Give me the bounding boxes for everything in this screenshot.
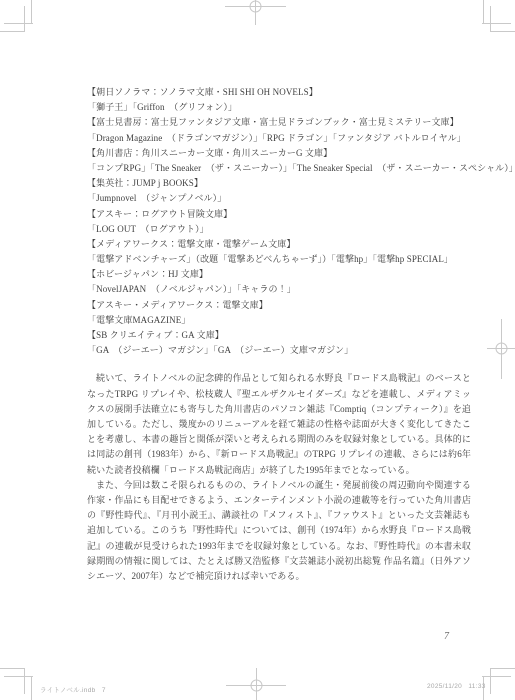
register-mark-top-center-circle-icon <box>250 1 261 12</box>
register-mark-right-center-icon <box>487 319 515 379</box>
text-block: 【朝日ソノラマ：ソノラマ文庫・SHI SHI OH NOVELS】 「獅子王」「… <box>87 85 471 584</box>
page-number: 7 <box>444 631 449 642</box>
imprint-line: 【アスキー・メディアワークス：電撃文庫】 <box>87 298 471 313</box>
footer-filename: ライトノベル.indb 7 <box>40 685 106 694</box>
imprint-line: 「LOG OUT （ログアウト）」 <box>87 222 471 237</box>
register-mark-right-center-circle-icon <box>496 343 507 354</box>
imprint-line: 【ホビージャパン：HJ 文庫】 <box>87 267 471 282</box>
imprint-line: 「Dragon Magazine （ドラゴンマガジン）」「RPG ドラゴン」「フ… <box>87 131 471 146</box>
imprint-line: 【集英社：JUMP j BOOKS】 <box>87 176 471 191</box>
body-paragraph: また、今回は数こそ限られるものの、ライトノベルの誕生・発展前後の周辺動向や関連す… <box>87 478 471 584</box>
document-page: 【朝日ソノラマ：ソノラマ文庫・SHI SHI OH NOVELS】 「獅子王」「… <box>0 0 515 700</box>
imprint-line: 「電撃アドベンチャーズ」（改題「電撃あどべんちゃーず」）「電撃hp」「電撃hp … <box>87 252 471 267</box>
imprint-list: 【朝日ソノラマ：ソノラマ文庫・SHI SHI OH NOVELS】 「獅子王」「… <box>87 85 471 358</box>
trim-mark-top-right-icon <box>482 0 515 32</box>
imprint-line: 【メディアワークス：電撃文庫・電撃ゲーム文庫】 <box>87 237 471 252</box>
imprint-line: 「コンプRPG」「The Sneaker （ザ・スニーカー）」「The Snea… <box>87 161 471 176</box>
imprint-line: 「Jumpnovel （ジャンプノベル）」 <box>87 191 471 206</box>
imprint-line: 「獅子王」「Griffon （グリフォン）」 <box>87 100 471 115</box>
imprint-line: 【富士見書房：富士見ファンタジア文庫・富士見ドラゴンブック・富士見ミステリー文庫… <box>87 115 471 130</box>
register-mark-bottom-center-circle-icon <box>251 680 262 691</box>
imprint-line: 「GA （ジーエー）マガジン」「GA （ジーエー）文庫マガジン」 <box>87 343 471 358</box>
trim-mark-top-left-icon <box>0 0 33 32</box>
footer-timestamp: 2025/11/20 11:33 <box>427 683 486 690</box>
imprint-line: 「NovelJAPAN （ノベルジャパン）」「キャラの！」 <box>87 282 471 297</box>
imprint-line: 【角川書店：角川スニーカー文庫・角川スニーカーG 文庫】 <box>87 146 471 161</box>
register-mark-top-center-icon <box>225 0 286 25</box>
imprint-line: 【朝日ソノラマ：ソノラマ文庫・SHI SHI OH NOVELS】 <box>87 85 471 100</box>
imprint-line: 【アスキー：ログアウト冒険文庫】 <box>87 207 471 222</box>
imprint-line: 「電撃文庫MAGAZINE」 <box>87 313 471 328</box>
trim-mark-bottom-left-icon <box>0 668 33 700</box>
register-mark-bottom-center-icon <box>226 668 286 700</box>
body-paragraph: 続いて、ライトノベルの記念碑的作品として知られる水野良『ロードス島戦記』のベース… <box>87 371 471 477</box>
trim-mark-bottom-right-icon <box>482 668 515 700</box>
imprint-line: 【SB クリエイティブ：GA 文庫】 <box>87 328 471 343</box>
